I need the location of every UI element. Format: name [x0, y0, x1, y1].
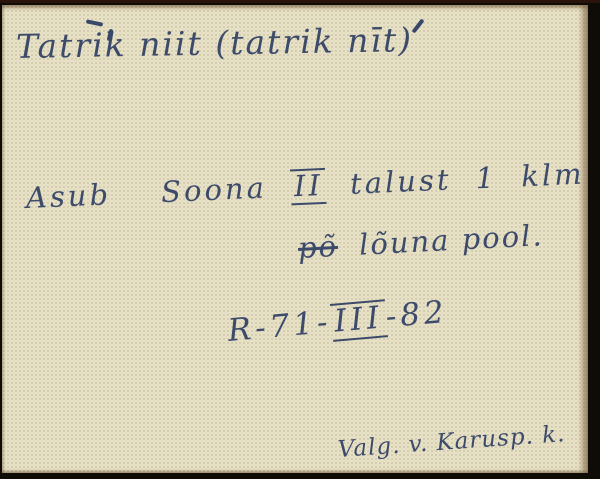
- index-card-paper: Tatrik niit (tatrik nīt) Asub Soona II t…: [2, 5, 588, 473]
- place-name-phonetic: (tatrik nīt): [215, 20, 413, 62]
- ink-grave-accent-mark: [411, 18, 424, 33]
- location-rest: talust 1 klm: [349, 157, 585, 201]
- location-line-2: põ lõuna pool.: [297, 218, 544, 266]
- direction-text: lõuna pool.: [358, 218, 544, 262]
- farm-name: Soona: [160, 171, 267, 210]
- reference-code-line: R-71-III-82: [226, 294, 449, 351]
- location-word-asub: Asub: [25, 177, 111, 215]
- place-name-line: Tatrik niit (tatrik nīt): [16, 20, 414, 67]
- reference-prefix: R-71-: [226, 304, 332, 349]
- roman-numeral-two: II: [290, 168, 326, 205]
- reference-suffix: -82: [384, 294, 449, 335]
- roman-numeral-three: III: [330, 299, 388, 342]
- parish-village-abbreviation: Valg. v. Karusp. k.: [337, 421, 566, 464]
- scanned-card-frame: Tatrik niit (tatrik nīt) Asub Soona II t…: [0, 0, 600, 479]
- crossed-out-word: põ: [297, 229, 339, 265]
- location-line-1: Asub Soona II talust 1 klm: [25, 157, 585, 217]
